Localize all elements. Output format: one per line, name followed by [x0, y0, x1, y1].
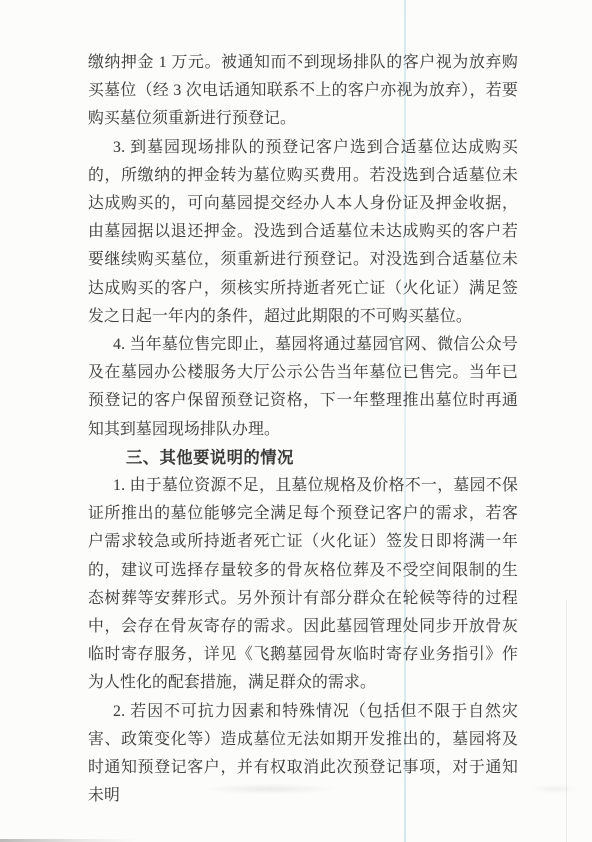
scan-edge-line: [566, 600, 567, 842]
section-heading-other-notes: 三、其他要说明的情况: [88, 444, 518, 472]
document-page: 缴纳押金 1 万元。被通知而不到现场排队的客户视为放弃购买墓位（经 3 次电话通…: [0, 0, 592, 842]
scan-smudge: [200, 784, 340, 794]
scan-smudge: [530, 785, 580, 793]
paragraph-item-4: 4. 当年墓位售完即止，墓园将通过墓园官网、微信公众号及在墓园办公楼服务大厅公示…: [88, 331, 518, 444]
paragraph-item-1: 1. 由于墓位资源不足，且墓位规格及价格不一，墓园不保证所推出的墓位能够完全满足…: [88, 472, 518, 698]
paragraph-deposit-continuation: 缴纳押金 1 万元。被通知而不到现场排队的客户视为放弃购买墓位（经 3 次电话通…: [88, 49, 518, 134]
paragraph-item-3: 3. 到墓园现场排队的预登记客户选到合适墓位达成购买的，所缴纳的押金转为墓位购买…: [88, 134, 518, 331]
document-text-block: 缴纳押金 1 万元。被通知而不到现场排队的客户视为放弃购买墓位（经 3 次电话通…: [88, 49, 518, 810]
